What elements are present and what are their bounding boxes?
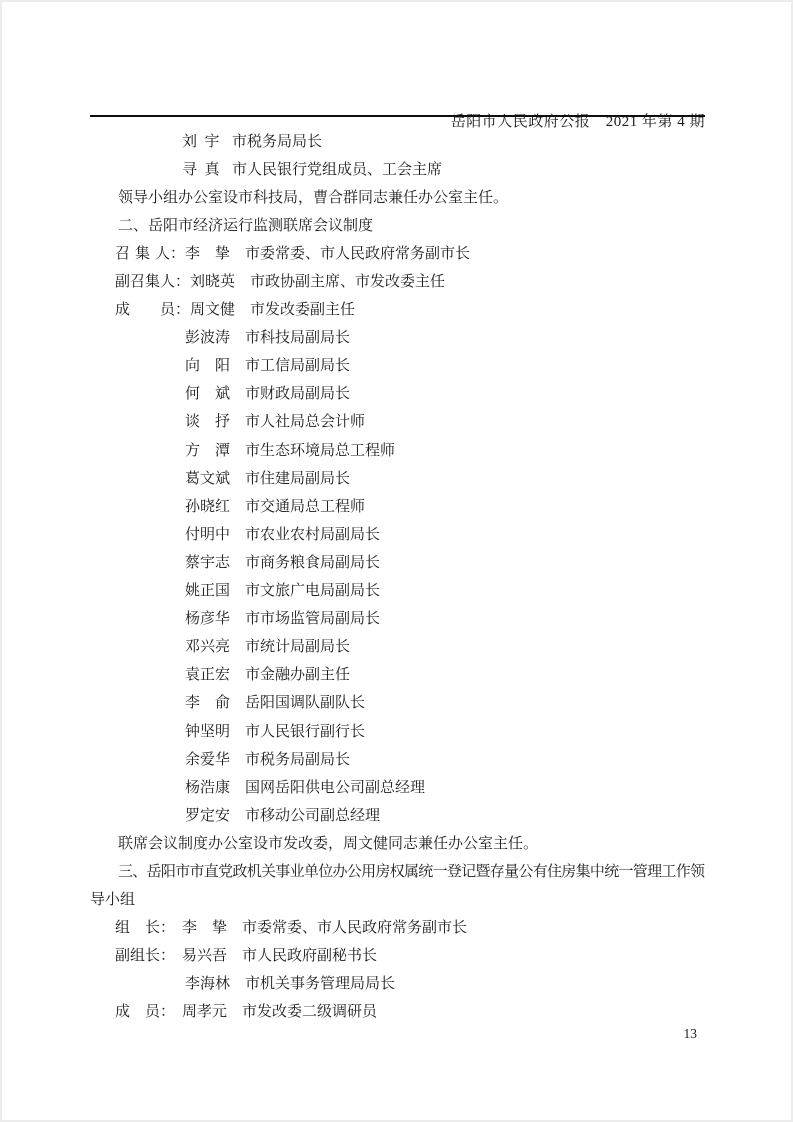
- person-name: 刘晓英: [190, 270, 236, 291]
- person-name: 李 俞: [185, 691, 231, 712]
- appointment-row: 袁正宏市金融办副主任: [185, 660, 705, 688]
- labeled-appointment-row: 召 集 人：李 挚市委常委、市人民政府常务副市长: [115, 238, 705, 266]
- line-text: 三、岳阳市市直党政机关事业单位办公用房权属统一登记暨存量公有住房集中统一管理工作…: [118, 860, 704, 881]
- person-role: 市科技局副局长: [245, 326, 350, 347]
- person-name: 杨彦华: [185, 607, 231, 628]
- role-label: 组 长：: [115, 916, 182, 937]
- line-text: 联席会议制度办公室设市发改委，周文健同志兼任办公室主任。: [118, 832, 538, 853]
- appointment-row: 邓兴亮市统计局副局长: [185, 632, 705, 660]
- document-body: 刘 宇市税务局局长寻 真市人民银行党组成员、工会主席领导小组办公室设市科技局，曹…: [90, 126, 705, 1025]
- person-role: 市委常委、市人民政府常务副市长: [242, 916, 467, 937]
- person-name: 李 挚: [185, 242, 231, 263]
- person-role: 市税务局局长: [232, 130, 322, 151]
- person-role: 市农业农村局副局长: [245, 523, 380, 544]
- person-name: 蔡宇志: [185, 551, 231, 572]
- person-name: 杨浩康: [185, 776, 231, 797]
- paragraph-line: 联席会议制度办公室设市发改委，周文健同志兼任办公室主任。: [118, 828, 705, 856]
- appointment-row: 杨彦华市市场监管局副局长: [185, 604, 705, 632]
- appointment-row: 李 俞岳阳国调队副队长: [185, 688, 705, 716]
- person-name: 罗定安: [185, 804, 231, 825]
- appointment-row: 钟坚明市人民银行副行长: [185, 716, 705, 744]
- document-page: 岳阳市人民政府公报 2021 年第 4 期 刘 宇市税务局局长寻 真市人民银行党…: [0, 0, 793, 1122]
- appointment-row: 刘 宇市税务局局长: [182, 126, 705, 154]
- person-role: 市发改委副主任: [250, 298, 355, 319]
- appointment-row: 杨浩康国网岳阳供电公司副总经理: [185, 772, 705, 800]
- labeled-appointment-row: 成 员：周孝元市发改委二级调研员: [115, 997, 705, 1025]
- person-name: 周孝元: [182, 1000, 228, 1021]
- person-role: 市机关事务管理局局长: [245, 972, 395, 993]
- person-name: 李 挚: [182, 916, 228, 937]
- appointment-row: 谈 抒市人社局总会计师: [185, 407, 705, 435]
- section-heading: 三、岳阳市市直党政机关事业单位办公用房权属统一登记暨存量公有住房集中统一管理工作…: [118, 856, 705, 884]
- person-name: 钟坚明: [185, 720, 231, 741]
- line-text: 导小组: [90, 888, 135, 909]
- labeled-appointment-row: 副召集人：刘晓英市政协副主席、市发改委主任: [115, 266, 705, 294]
- person-role: 岳阳国调队副队长: [245, 691, 365, 712]
- person-role: 市政协副主席、市发改委主任: [250, 270, 445, 291]
- person-role: 市税务局副局长: [245, 748, 350, 769]
- person-role: 市住建局副局长: [245, 467, 350, 488]
- person-role: 市金融办副主任: [245, 663, 350, 684]
- person-name: 向 阳: [185, 354, 231, 375]
- person-role: 市委常委、市人民政府常务副市长: [245, 242, 470, 263]
- role-label: 召 集 人：: [115, 242, 185, 263]
- appointment-row: 葛文斌市住建局副局长: [185, 463, 705, 491]
- person-name: 付明中: [185, 523, 231, 544]
- section-heading: 二、岳阳市经济运行监测联席会议制度: [118, 210, 705, 238]
- person-role: 市统计局副局长: [245, 635, 350, 656]
- appointment-row: 付明中市农业农村局副局长: [185, 519, 705, 547]
- person-name: 邓兴亮: [185, 635, 231, 656]
- appointment-row: 彭波涛市科技局副局长: [185, 323, 705, 351]
- person-role: 市人民银行副行长: [245, 720, 365, 741]
- person-role: 市工信局副局长: [245, 354, 350, 375]
- person-role: 国网岳阳供电公司副总经理: [245, 776, 425, 797]
- person-role: 市发改委二级调研员: [242, 1000, 377, 1021]
- appointment-row: 李海林市机关事务管理局局长: [185, 969, 705, 997]
- line-text: 二、岳阳市经济运行监测联席会议制度: [118, 214, 373, 235]
- role-label: 副召集人：: [115, 270, 190, 291]
- person-name: 葛文斌: [185, 467, 231, 488]
- labeled-appointment-row: 副组长：易兴吾市人民政府副秘书长: [115, 941, 705, 969]
- person-role: 市商务粮食局副局长: [245, 551, 380, 572]
- person-name: 谈 抒: [185, 410, 231, 431]
- heading-continuation: 导小组: [90, 885, 705, 913]
- person-name: 李海林: [185, 972, 231, 993]
- role-label: 成 员：: [115, 298, 190, 319]
- person-name: 彭波涛: [185, 326, 231, 347]
- person-role: 市生态环境局总工程师: [245, 439, 395, 460]
- person-name: 姚正国: [185, 579, 231, 600]
- appointment-row: 孙晓红市交通局总工程师: [185, 491, 705, 519]
- person-role: 市交通局总工程师: [245, 495, 365, 516]
- appointment-row: 余爱华市税务局副局长: [185, 744, 705, 772]
- person-role: 市财政局副局长: [245, 382, 350, 403]
- appointment-row: 蔡宇志市商务粮食局副局长: [185, 547, 705, 575]
- person-name: 方 潭: [185, 439, 231, 460]
- person-name: 周文健: [190, 298, 236, 319]
- person-name: 余爱华: [185, 748, 231, 769]
- role-label: 副组长：: [115, 944, 182, 965]
- person-name: 孙晓红: [185, 495, 231, 516]
- person-name: 易兴吾: [182, 944, 228, 965]
- person-role: 市人民政府副秘书长: [242, 944, 377, 965]
- appointment-row: 向 阳市工信局副局长: [185, 351, 705, 379]
- labeled-appointment-row: 成 员：周文健市发改委副主任: [115, 295, 705, 323]
- appointment-row: 姚正国市文旅广电局副局长: [185, 576, 705, 604]
- appointment-row: 寻 真市人民银行党组成员、工会主席: [182, 154, 705, 182]
- labeled-appointment-row: 组 长：李 挚市委常委、市人民政府常务副市长: [115, 913, 705, 941]
- appointment-row: 罗定安市移动公司副总经理: [185, 800, 705, 828]
- appointment-row: 方 潭市生态环境局总工程师: [185, 435, 705, 463]
- line-text: 领导小组办公室设市科技局，曹合群同志兼任办公室主任。: [118, 186, 508, 207]
- person-role: 市人民银行党组成员、工会主席: [232, 158, 442, 179]
- header-rule: [90, 115, 705, 117]
- person-name: 袁正宏: [185, 663, 231, 684]
- appointment-row: 何 斌市财政局副局长: [185, 379, 705, 407]
- role-label: 成 员：: [115, 1000, 182, 1021]
- person-role: 市人社局总会计师: [245, 410, 365, 431]
- person-name: 寻 真: [182, 158, 222, 179]
- page-number: 13: [684, 1026, 698, 1042]
- person-name: 何 斌: [185, 382, 231, 403]
- person-role: 市市场监管局副局长: [245, 607, 380, 628]
- person-role: 市文旅广电局副局长: [245, 579, 380, 600]
- person-name: 刘 宇: [182, 130, 222, 151]
- paragraph-line: 领导小组办公室设市科技局，曹合群同志兼任办公室主任。: [118, 182, 705, 210]
- person-role: 市移动公司副总经理: [245, 804, 380, 825]
